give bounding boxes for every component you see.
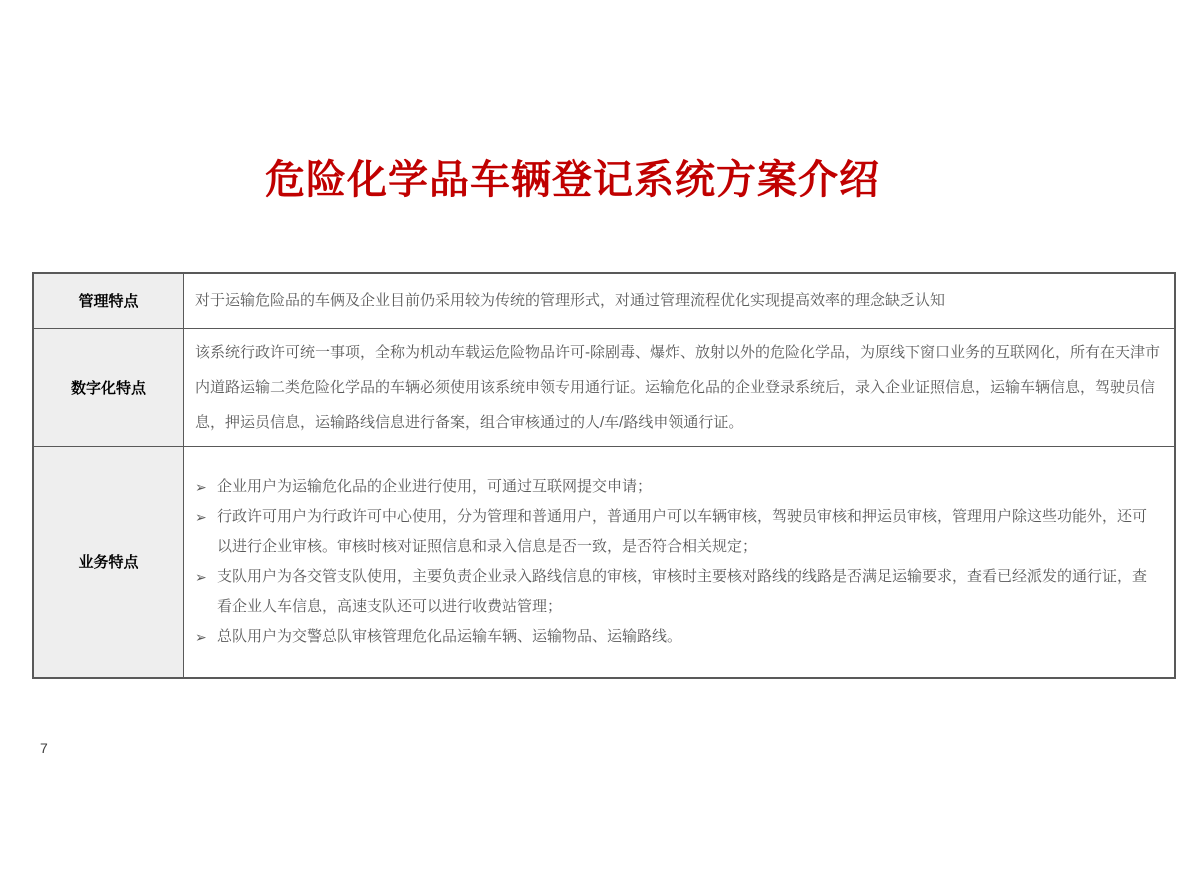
row-label-management: 管理特点 xyxy=(33,273,184,328)
row-label-digital: 数字化特点 xyxy=(33,328,184,446)
bullet-list: ➢ 企业用户为运输危化品的企业进行使用，可通过互联网提交申请； ➢ 行政许可用户… xyxy=(195,472,1160,652)
list-item: ➢ 总队用户为交警总队审核管理危化品运输车辆、运输物品、运输路线。 xyxy=(195,622,1160,652)
row-content-management: 对于运输危险品的车俩及企业目前仍采用较为传统的管理形式，对通过管理流程优化实现提… xyxy=(184,273,1176,328)
table-row: 管理特点 对于运输危险品的车俩及企业目前仍采用较为传统的管理形式，对通过管理流程… xyxy=(33,273,1175,328)
arrow-bullet-icon: ➢ xyxy=(195,472,217,502)
page-title: 危险化学品车辆登记系统方案介绍 xyxy=(0,148,1145,205)
row-content-business: ➢ 企业用户为运输危化品的企业进行使用，可通过互联网提交申请； ➢ 行政许可用户… xyxy=(184,446,1176,678)
bullet-text: 总队用户为交警总队审核管理危化品运输车辆、运输物品、运输路线。 xyxy=(217,622,1160,652)
table-row: 业务特点 ➢ 企业用户为运输危化品的企业进行使用，可通过互联网提交申请； ➢ 行… xyxy=(33,446,1175,678)
bullet-text: 行政许可用户为行政许可中心使用，分为管理和普通用户，普通用户可以车辆审核，驾驶员… xyxy=(217,502,1160,562)
feature-table: 管理特点 对于运输危险品的车俩及企业目前仍采用较为传统的管理形式，对通过管理流程… xyxy=(32,272,1176,679)
bullet-text: 企业用户为运输危化品的企业进行使用，可通过互联网提交申请； xyxy=(217,472,1160,502)
bullet-text: 支队用户为各交管支队使用，主要负责企业录入路线信息的审核，审核时主要核对路线的线… xyxy=(217,562,1160,622)
arrow-bullet-icon: ➢ xyxy=(195,502,217,562)
page-number: 7 xyxy=(40,740,48,756)
arrow-bullet-icon: ➢ xyxy=(195,622,217,652)
table-row: 数字化特点 该系统行政许可统一事项，全称为机动车载运危险物品许可-除剧毒、爆炸、… xyxy=(33,328,1175,446)
list-item: ➢ 支队用户为各交管支队使用，主要负责企业录入路线信息的审核，审核时主要核对路线… xyxy=(195,562,1160,622)
row-content-digital: 该系统行政许可统一事项，全称为机动车载运危险物品许可-除剧毒、爆炸、放射以外的危… xyxy=(184,328,1176,446)
list-item: ➢ 行政许可用户为行政许可中心使用，分为管理和普通用户，普通用户可以车辆审核，驾… xyxy=(195,502,1160,562)
arrow-bullet-icon: ➢ xyxy=(195,562,217,622)
list-item: ➢ 企业用户为运输危化品的企业进行使用，可通过互联网提交申请； xyxy=(195,472,1160,502)
row-label-business: 业务特点 xyxy=(33,446,184,678)
